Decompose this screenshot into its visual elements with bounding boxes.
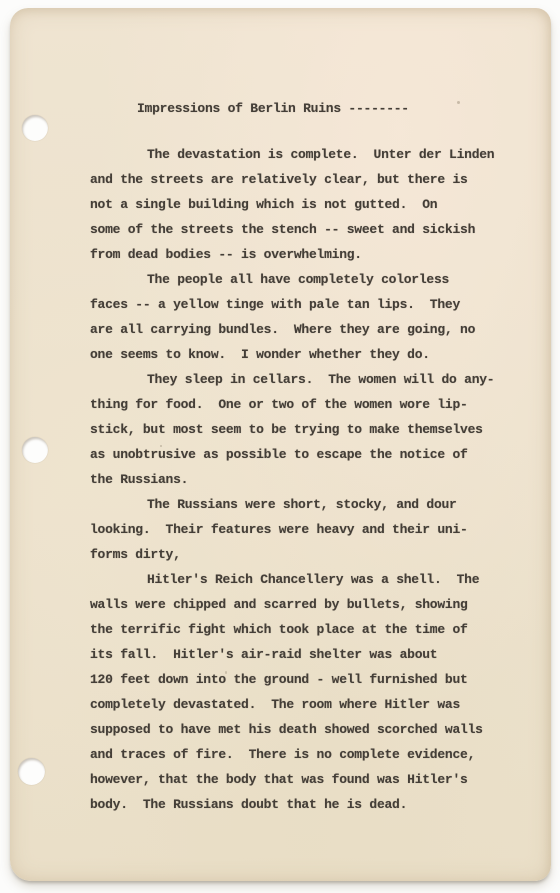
paragraph: They sleep in cellars. The women will do… <box>90 367 515 492</box>
paragraph: The people all have completely colorless… <box>90 267 515 367</box>
paragraph: Hitler's Reich Chancellery was a shell. … <box>90 567 515 817</box>
paragraph: The devastation is complete. Unter der L… <box>90 142 515 267</box>
scan-background: Impressions of Berlin Ruins -------- The… <box>0 0 560 893</box>
document-content: Impressions of Berlin Ruins -------- The… <box>90 96 515 817</box>
document-page: Impressions of Berlin Ruins -------- The… <box>10 8 551 881</box>
paragraph: The Russians were short, stocky, and dou… <box>90 492 515 567</box>
document-title: Impressions of Berlin Ruins -------- <box>137 96 515 121</box>
punch-hole-top <box>22 115 48 141</box>
document-body: The devastation is complete. Unter der L… <box>90 142 515 817</box>
punch-hole-middle <box>22 437 48 463</box>
punch-hole-bottom <box>18 758 45 785</box>
